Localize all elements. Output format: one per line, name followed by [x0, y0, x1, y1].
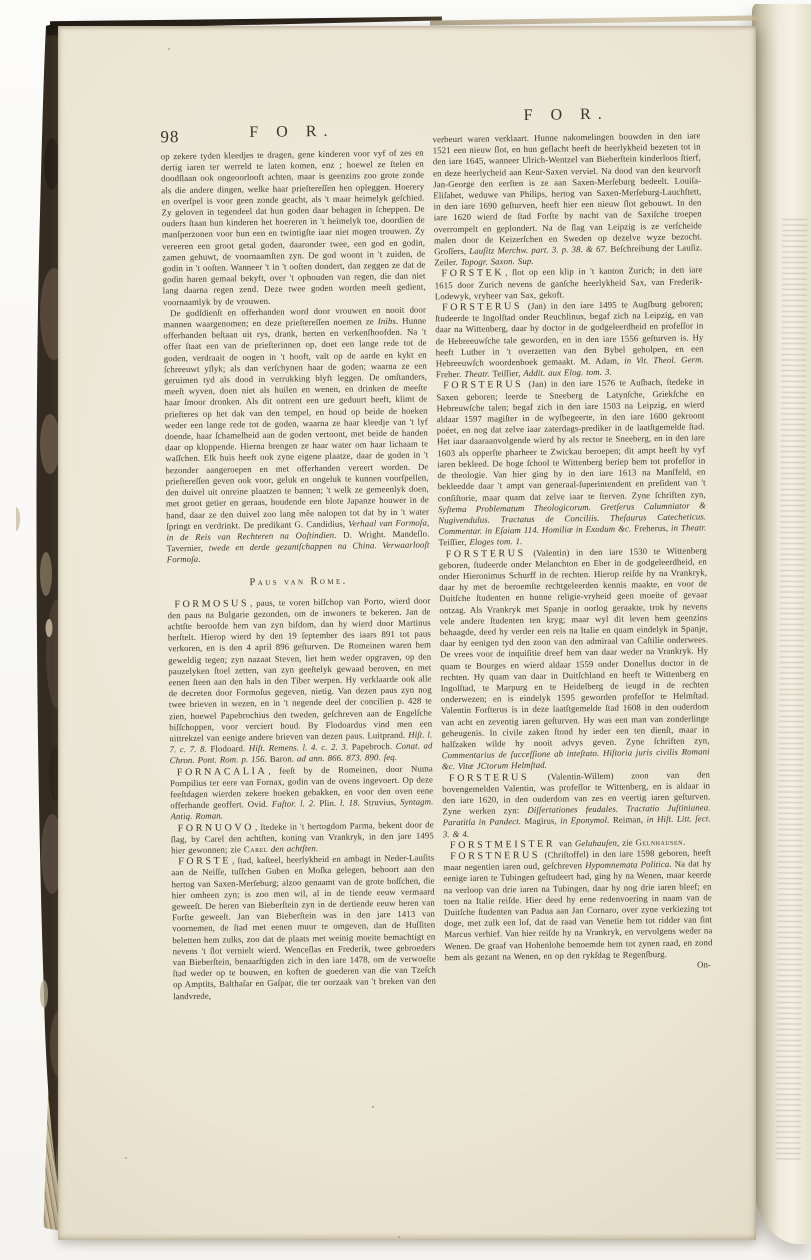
page: 98 F O R. op zekere tyden kleedjes te dr…: [58, 26, 756, 1240]
entry-paragraph: FORNUOVO, ſtedeke in 't hertogdom Parma,…: [171, 819, 434, 857]
page-number: 98: [160, 127, 179, 147]
entry-paragraph: FORSTE, ſtad, kaſteel, heerlykheid en am…: [171, 853, 436, 1003]
page-text-block: 98 F O R. op zekere tyden kleedjes te dr…: [58, 26, 756, 1240]
curved-page-edge: [752, 4, 811, 1244]
book-photo: 98 F O R. op zekere tyden kleedjes te dr…: [0, 0, 811, 1260]
page-header-right: F O R.: [432, 104, 700, 134]
text-column-left: op zekere tyden kleedjes te dragen, gene…: [161, 147, 437, 1002]
entry-headword: FORSTNERUS: [450, 850, 540, 862]
foxing-speck: [560, 332, 563, 334]
entry-headword: FORSTERUS: [446, 548, 526, 560]
entry-headword: FORNUOVO: [178, 822, 255, 834]
page-header-left: 98 F O R.: [160, 121, 423, 151]
body-paragraph: De godſdienſt en offerhanden word door v…: [163, 304, 430, 566]
column-left-wrap: 98 F O R. op zekere tyden kleedjes te dr…: [160, 121, 436, 1002]
entry-paragraph: FORNACALIA, feeſt by de Romeinen, door N…: [170, 763, 434, 823]
running-title-right: F O R.: [523, 106, 608, 124]
entry-headword: FORNACALIA: [177, 765, 268, 777]
dust-speck: [398, 1236, 400, 1238]
body-paragraph: verbeurt waren verklaart. Hunne nakomeli…: [432, 130, 702, 268]
entry-paragraph: FORSTERUS (Jan) in den iare 1576 te Auſb…: [436, 377, 706, 549]
ghost-text-lines: [776, 219, 808, 1164]
section-heading: Paus van Rome.: [167, 574, 430, 589]
entry-headword: FORMOSUS: [174, 598, 249, 610]
column-right-wrap: F O R. verbeurt waren verklaart. Hunne n…: [432, 104, 713, 985]
entry-headword: FORSTERUS: [449, 772, 529, 784]
foxing-speck: [372, 1106, 374, 1108]
page-top-edge: [430, 15, 758, 25]
running-title-left: F O R.: [249, 123, 334, 141]
entry-headword: FORSTERUS: [443, 379, 523, 391]
entry-paragraph: FORSTERUS (Valentin) in den iare 1530 te…: [439, 545, 710, 773]
dust-speck: [125, 1157, 127, 1159]
entry-paragraph: FORSTEK, ſlot op een klip in 't kanton Z…: [434, 265, 702, 303]
text-column-right: verbeurt waren verklaart. Hunne nakomeli…: [432, 130, 712, 963]
entry-headword: FORSTEK: [441, 268, 504, 280]
entry-paragraph: FORSTERUS (Valentin-Willem) zoon van den…: [442, 769, 711, 840]
entry-headword: FORSTE: [178, 856, 231, 868]
entry-headword: FORSTERUS: [442, 301, 522, 313]
entry-paragraph: FORMOSUS, paus, te voren biſſchop van Po…: [167, 595, 432, 767]
foxing-speck: [168, 48, 170, 50]
entry-paragraph: FORSTNERUS (Chriſtoffel) in den iare 159…: [443, 847, 713, 963]
body-paragraph: op zekere tyden kleedjes te dragen, gene…: [161, 147, 426, 308]
entry-paragraph: FORSTERUS (Jan) in den iare 1495 te Augſ…: [435, 298, 704, 380]
